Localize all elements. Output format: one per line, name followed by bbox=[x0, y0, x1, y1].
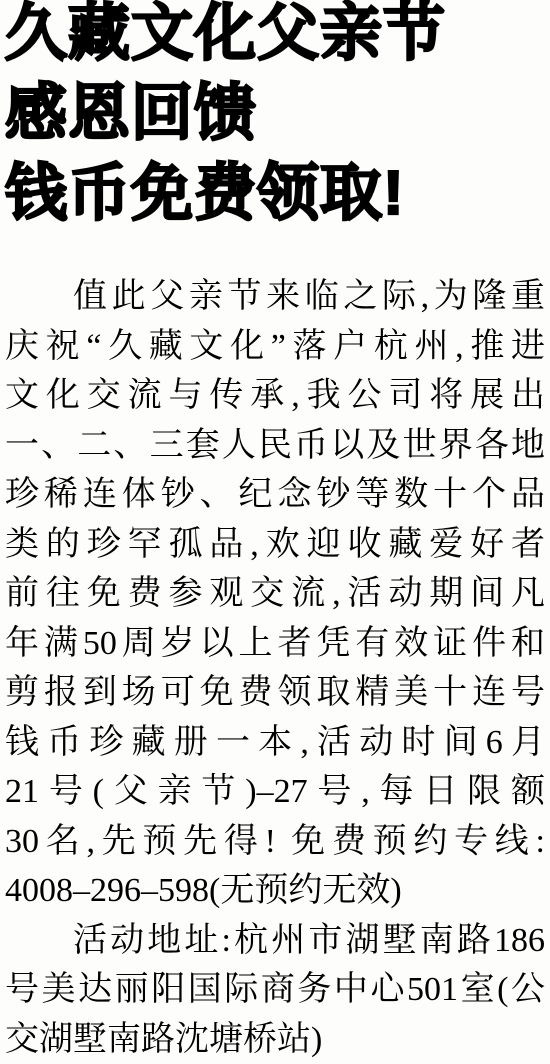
body-line: 值此父亲节来临之际,为隆重 bbox=[5, 272, 545, 322]
body-line-phone: 4008–296–598(无预约无效) bbox=[5, 866, 545, 916]
ad-headline: 久藏文化父亲节 感恩回馈 钱币免费领取! bbox=[5, 0, 545, 234]
body-line-address: 活动地址:杭州市湖墅南路186 bbox=[5, 916, 545, 966]
ad-paragraph-2: 活动地址:杭州市湖墅南路186 号美达丽阳国际商务中心501室(公 交湖墅南路沈… bbox=[5, 916, 545, 1064]
headline-line-2: 感恩回馈 bbox=[5, 74, 545, 154]
ad-body: 值此父亲节来临之际,为隆重 庆祝“久藏文化”落户杭州,推进 文化交流与传承,我公… bbox=[5, 272, 545, 1064]
body-line: 珍稀连体钞、纪念钞等数十个品 bbox=[5, 470, 545, 520]
body-line: 钱币珍藏册一本,活动时间6月 bbox=[5, 718, 545, 768]
body-line: 类的珍罕孤品,欢迎收藏爱好者 bbox=[5, 520, 545, 570]
body-line-address: 号美达丽阳国际商务中心501室(公 bbox=[5, 965, 545, 1015]
body-line-address: 交湖墅南路沈塘桥站) bbox=[5, 1015, 545, 1064]
body-line: 一、二、三套人民币以及世界各地 bbox=[5, 421, 545, 471]
body-line: 前往免费参观交流,活动期间凡 bbox=[5, 569, 545, 619]
headline-line-1: 久藏文化父亲节 bbox=[5, 0, 545, 74]
body-line: 30名,先预先得! 免费预约专线: bbox=[5, 817, 545, 867]
body-line: 文化交流与传承,我公司将展出 bbox=[5, 371, 545, 421]
ad-paragraph-1: 值此父亲节来临之际,为隆重 庆祝“久藏文化”落户杭州,推进 文化交流与传承,我公… bbox=[5, 272, 545, 916]
body-line: 21号(父亲节)–27号,每日限额 bbox=[5, 767, 545, 817]
body-line: 剪报到场可免费领取精美十连号 bbox=[5, 668, 545, 718]
headline-line-3: 钱币免费领取! bbox=[5, 154, 545, 234]
newspaper-ad-page: 久藏文化父亲节 感恩回馈 钱币免费领取! 值此父亲节来临之际,为隆重 庆祝“久藏… bbox=[0, 0, 550, 1058]
body-line: 年满50周岁以上者凭有效证件和 bbox=[5, 619, 545, 669]
body-line: 庆祝“久藏文化”落户杭州,推进 bbox=[5, 322, 545, 372]
